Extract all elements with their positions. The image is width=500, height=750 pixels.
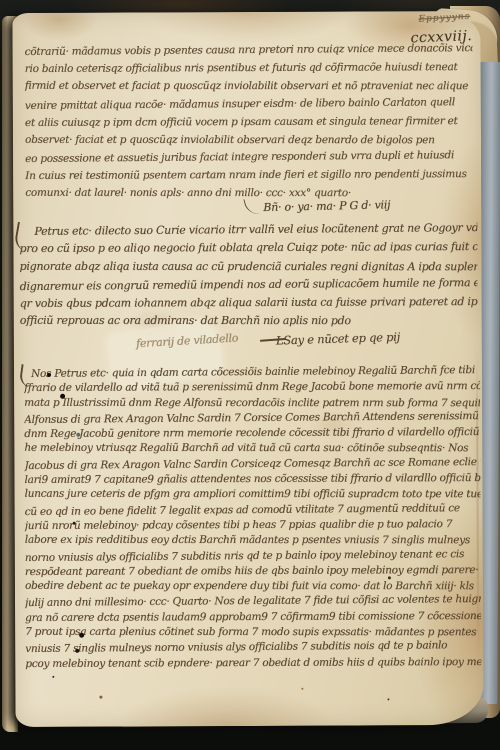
manuscript-line: In cuius rei testimoniũ psentem cartam n… — [25, 166, 473, 186]
manuscript-line: officiũ reprouas ac ora admirans· dat Ba… — [20, 312, 478, 331]
ink-spot — [388, 576, 391, 579]
manuscript-line: dignaremur eis congruũ remediũ impendi n… — [20, 274, 478, 296]
manuscript-line: luncans jure ceteris de pfgm gra amplior… — [25, 487, 481, 503]
ink-spot — [73, 522, 76, 525]
ink-spot — [75, 649, 79, 653]
manuscript-page: Eppyyyns ccxxviij. cõtrariũ· mãdamus vob… — [12, 11, 483, 727]
stain-spot — [76, 433, 80, 437]
paragraph-2: Petrus etc· dilecto suo Curie vicario it… — [19, 220, 477, 333]
manuscript-line: qr vobis qbus pdcam iohannem abqz aliqua… — [20, 293, 478, 313]
manuscript-line: venire pmittat aliqua racõe· mãdamus ins… — [25, 94, 473, 116]
manuscript-line: ffrario de vilardello ad vitã tuã p sere… — [24, 379, 480, 396]
cancelled-mark: Eppyyyns — [418, 12, 470, 25]
manuscript-line: pignorate abqz aliqa iusta causa ac cũ p… — [20, 257, 478, 276]
manuscript-line: pro eo cũ ipso p eo aliqo negocio fuit o… — [19, 238, 477, 258]
manuscript-line: firmid et observet et faciat p quoscũqz … — [25, 78, 473, 96]
manuscript-line: gra nõ carere dcta psentis laudam9 appro… — [25, 609, 481, 626]
ink-spot — [47, 373, 51, 377]
manuscript-line: labore ex ipis redditibus eoy dctis Barc… — [25, 533, 481, 549]
manuscript-line: et aliis cuiusqz p ipm dcm officiũ vocem… — [25, 113, 473, 133]
stain-spot — [301, 688, 303, 690]
paragraph-3: Nos Petrus etc· quia in qdam carta cõces… — [24, 364, 481, 674]
registry-note: LSay e nũcet ep qe pij — [276, 330, 400, 348]
photo-background: Eppyyyns ccxxviij. cõtrariũ· mãdamus vob… — [0, 0, 500, 750]
manuscript-line: rio bainlo ceterisqz officialibus nris p… — [25, 59, 473, 79]
ink-spot — [52, 676, 54, 678]
section-mark: Bñ· o· ya· ma· P G d· viij — [263, 198, 390, 214]
paragraph-1: cõtrariũ· mãdamus vobis p psentes causa … — [25, 41, 474, 206]
stain-spot — [387, 698, 389, 700]
stain-spot — [99, 696, 102, 699]
manuscript-line: pcoy melebinoy tenant scib epndere· pare… — [25, 655, 481, 672]
ink-spot — [60, 394, 65, 399]
ink-spot — [79, 633, 84, 638]
